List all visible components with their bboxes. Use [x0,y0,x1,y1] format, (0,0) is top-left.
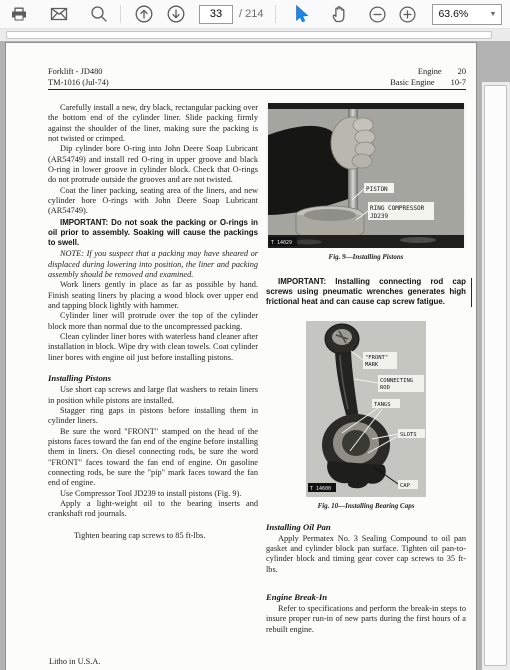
paragraph: Work liners gently in place as far as po… [48,280,258,311]
two-column-body: Carefully install a new, dry black, rect… [48,103,466,635]
paragraph: Refer to specifications and perform the … [266,604,466,635]
minus-circle-icon [368,5,387,24]
section-name: Engine [418,67,442,78]
paragraph: Stagger ring gaps in pistons before inst… [48,406,258,427]
select-tool-button[interactable] [288,2,314,26]
section-heading: Installing Pistons [48,373,258,384]
header-section-row: Basic Engine 10-7 [390,78,466,89]
paragraph: Use short cap screws and large flat wash… [48,385,258,406]
chevron-down-icon: ▼ [490,11,497,18]
figure-9-label-piston: PISTON [366,186,388,193]
important-note: IMPORTANT: Installing connecting rod cap… [266,277,466,308]
vertical-scrollbar[interactable] [482,82,510,670]
hand-tool-button[interactable] [326,2,352,26]
printer-icon [9,4,29,24]
arrow-up-circle-icon [134,4,154,24]
important-note: IMPORTANT: Do not soak the packing or O-… [48,218,258,249]
figure-10-caption: Fig. 10—Installing Bearing Caps [266,502,466,511]
document-viewer: Forklift - JD480 TM-1016 (Jul-74) Engine… [0,41,510,670]
paragraph: Coat the liner packing, seating area of … [48,186,258,217]
figure-9-label-compressor: RING COMPRESSOR [370,205,425,212]
zoom-level-value: 63.6% [438,8,468,20]
torque-spec: Tighten bearing cap screws to 85 ft-lbs. [48,531,258,541]
figure-9: PISTON RING COMPRESSOR JD239 T 14029 Fig… [266,103,466,262]
figure-9-photo: PISTON RING COMPRESSOR JD239 T 14029 [266,103,466,248]
figure-10-label-connecting-rod2: ROD [380,385,390,391]
print-button[interactable] [6,2,32,26]
note: NOTE: If you suspect that a packing may … [48,249,258,280]
header-left: Forklift - JD480 TM-1016 (Jul-74) [48,67,109,88]
section-heading: Installing Oil Pan [266,522,466,533]
document-page: Forklift - JD480 TM-1016 (Jul-74) Engine… [5,42,477,670]
arrow-down-circle-icon [166,4,186,24]
paragraph: Apply Permatex No. 3 Sealing Compound to… [266,534,466,575]
zoom-in-button[interactable] [394,2,420,26]
figure-10: "FRONT" MARK CONNECTING ROD TANGS SLOTS [266,321,466,511]
next-page-button[interactable] [163,2,189,26]
paragraph: Carefully install a new, dry black, rect… [48,103,258,144]
left-column: Carefully install a new, dry black, rect… [48,103,258,635]
figure-10-label-cap: CAP [400,483,411,489]
figure-10-label-front-mark: "FRONT" [365,355,388,361]
plus-circle-icon [398,5,417,24]
toolbar-divider [120,5,121,23]
hand-icon [329,4,349,24]
paragraph: Cylinder liner will protrude over the to… [48,311,258,332]
section-heading: Engine Break-In [266,592,466,603]
paragraph: Clean cylinder liner bores with waterles… [48,332,258,363]
header-right: Engine 20 Basic Engine 10-7 [390,67,466,88]
right-column: PISTON RING COMPRESSOR JD239 T 14029 Fig… [266,103,466,635]
paragraph: Use Compressor Tool JD239 to install pis… [48,489,258,499]
envelope-icon [49,4,69,24]
paragraph: Be sure the word "FRONT" stamped on the … [48,427,258,489]
previous-page-button[interactable] [131,2,157,26]
manual-number: TM-1016 (Jul-74) [48,78,109,89]
figure-9-label-compressor-model: JD239 [370,213,388,220]
paragraph: Dip cylinder bore O-ring into John Deere… [48,144,258,185]
email-button[interactable] [46,2,72,26]
page-header: Forklift - JD480 TM-1016 (Jul-74) Engine… [48,67,466,90]
figure-10-photo: "FRONT" MARK CONNECTING ROD TANGS SLOTS [306,321,426,497]
section-page: 10-7 [451,78,466,89]
page-number-input[interactable] [199,5,233,24]
litho-footer: Litho in U.S.A. [49,657,100,666]
manual-title: Forklift - JD480 [48,67,109,78]
figure-10-photo-id: T 14600 [310,486,331,492]
figure-9-photo-id: T 14029 [271,240,292,246]
figure-10-label-tangs: TANGS [374,402,391,408]
paragraph: Apply a light-weight oil to the bearing … [48,499,258,520]
section-name: Basic Engine [390,78,434,89]
section-page: 20 [458,67,466,78]
zoom-level-dropdown[interactable]: 63.6% ▼ [432,4,502,25]
figure-9-caption: Fig. 9—Installing Pistons [266,253,466,262]
cursor-arrow-icon [291,4,311,24]
search-button[interactable] [86,2,112,26]
horizontal-scrollbar[interactable] [0,29,510,41]
page-count-label: / 214 [239,8,263,20]
header-section-row: Engine 20 [390,67,466,78]
figure-10-label-slots: SLOTS [400,432,417,438]
toolbar-divider [275,5,276,23]
vertical-scrollbar-thumb[interactable] [484,85,507,666]
magnifier-icon [89,4,109,24]
toolbar: / 214 63.6% ▼ [0,0,510,29]
horizontal-scrollbar-thumb[interactable] [6,31,492,39]
zoom-out-button[interactable] [364,2,390,26]
figure-10-label-connecting-rod: CONNECTING [380,378,413,384]
figure-10-label-front-mark2: MARK [365,362,379,368]
